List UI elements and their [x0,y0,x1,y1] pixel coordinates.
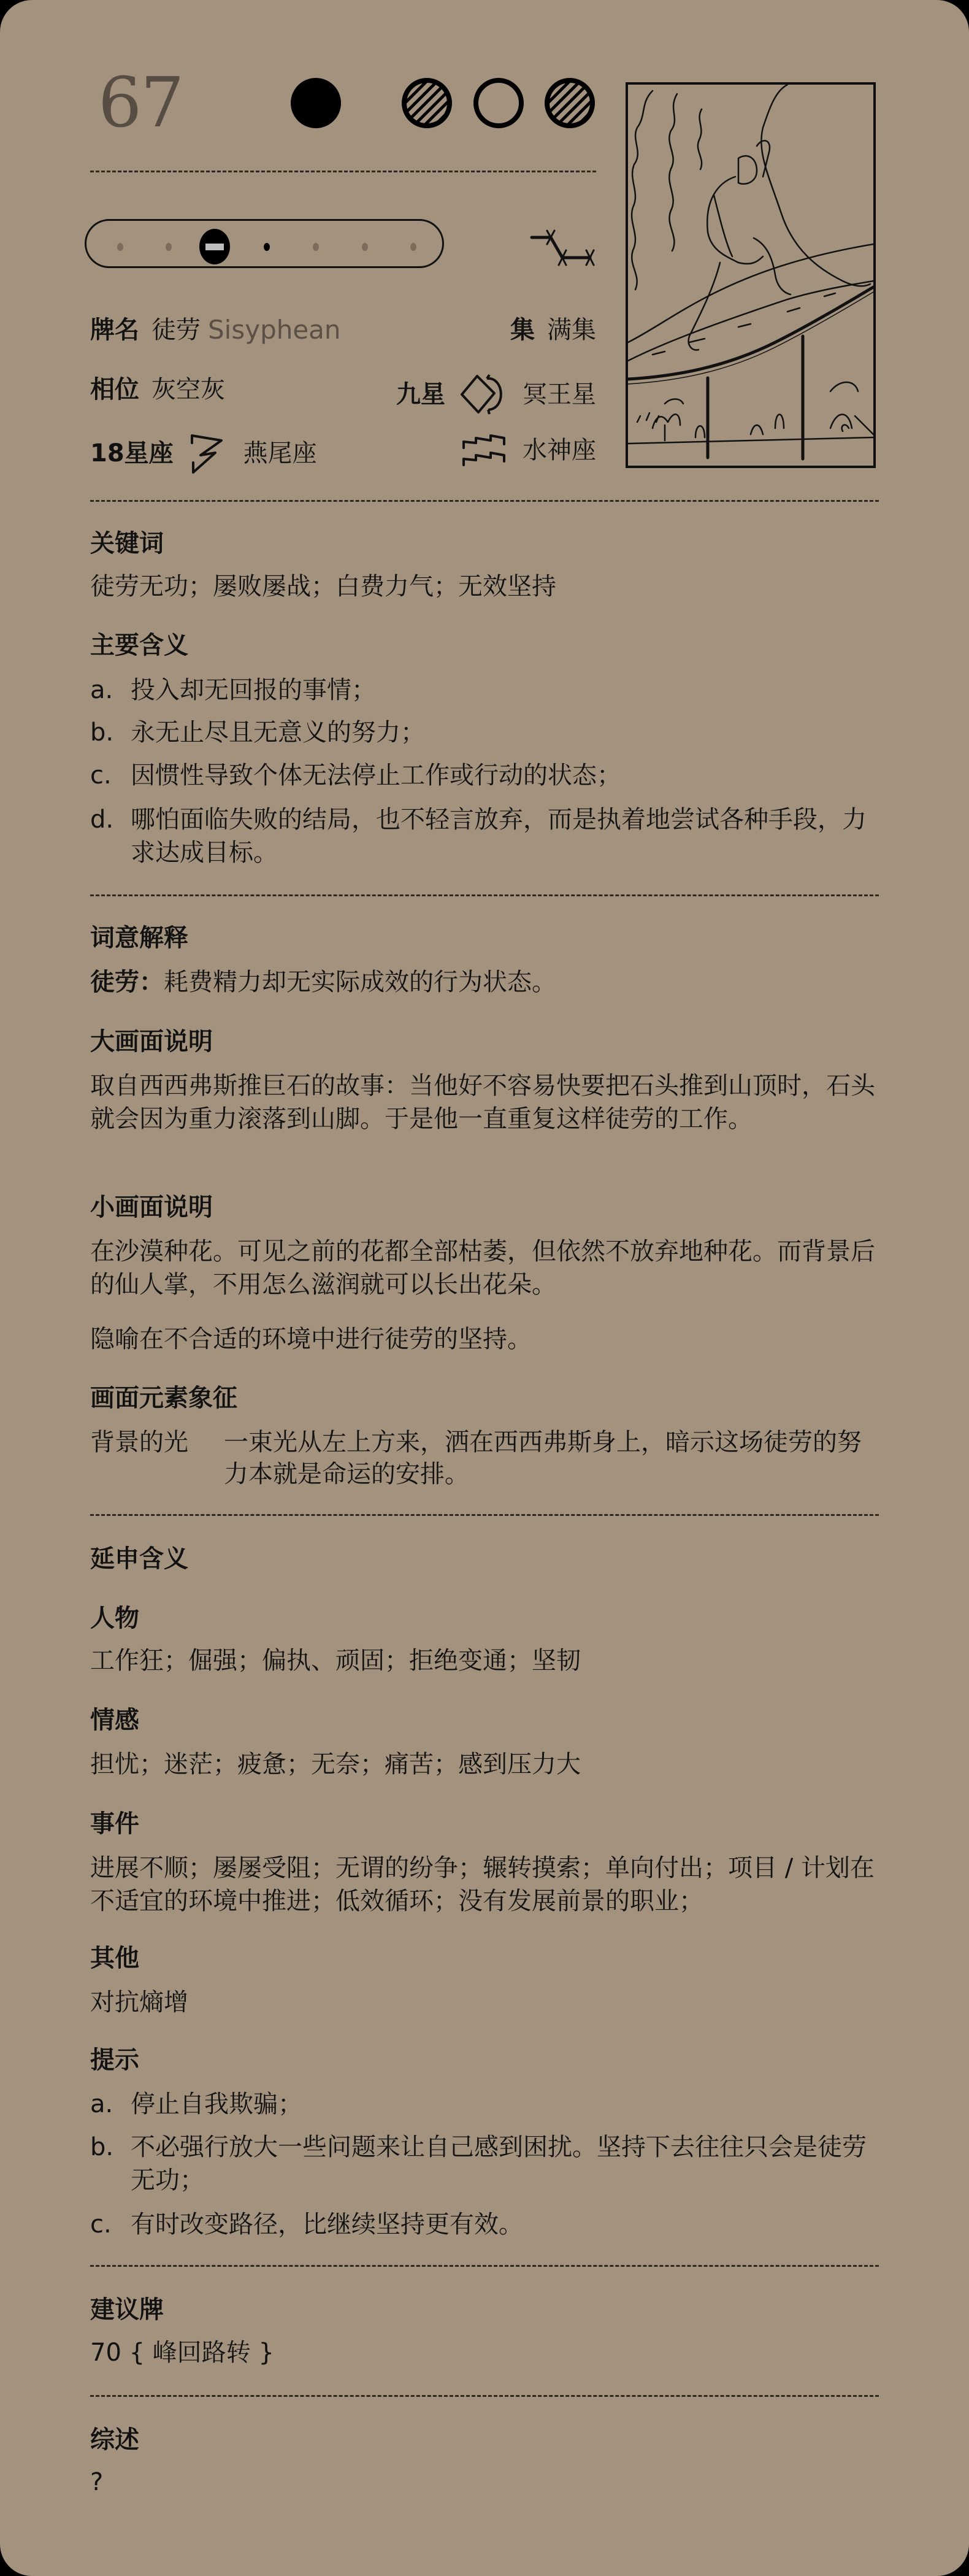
slider-dot-emphasized[interactable] [264,243,270,251]
card-name-row: 牌名 徒劳 Sisyphean [90,313,341,347]
list-text: 有时改变路径，比继续坚持更有效。 [131,2208,881,2241]
term-definition: 耗费精力却无实际成效的行为状态。 [164,968,556,996]
phase-slider[interactable] [85,219,444,268]
divider [90,1514,879,1516]
list-text: 因惯性导致个体无法停止工作或行动的状态； [131,759,881,792]
set-value: 满集 [547,313,596,347]
slider-dot[interactable] [166,243,172,251]
other-text: 对抗熵增 [90,1986,881,2019]
minus-icon [205,244,224,250]
main-meaning-item: d. 哪怕面临失败的结局，也不轻言放弃，而是执着地尝试各种手段，力求达成目标。 [90,803,881,869]
list-marker: c. [90,759,131,792]
swallowtail-icon [190,432,228,475]
zodiac-row: 18星座 燕尾座 [90,432,317,475]
symbol-row: 背景的光 一束光从左上方来，洒在西西弗斯身上，暗示这场徒劳的努力本就是命运的安排… [90,1426,881,1490]
divider [90,500,879,502]
list-text: 投入却无回报的事情； [131,674,881,707]
hatched-moon-icon [402,78,452,128]
emotion-text: 担忧；迷茫；疲惫；无奈；痛苦；感到压力大 [90,1748,881,1781]
zodiac-value: 燕尾座 [243,437,317,470]
zodiac2-value: 水神座 [523,434,596,467]
empty-moon-icon [473,78,524,128]
set-row: 集 满集 [510,313,596,347]
list-text: 永无止尽且无意义的努力； [131,716,881,749]
slider-dot[interactable] [313,243,319,251]
hatched-moon-icon [545,78,595,128]
symbol-element: 背景的光 [90,1426,224,1490]
nine-star-label: 九星 [396,378,445,411]
small-picture-text: 在沙漠种花。可见之前的花都全部枯萎，但依然不放弃地种花。而背景后的仙人掌，不用怎… [90,1235,881,1301]
list-marker: b. [90,2131,131,2197]
slider-dot[interactable] [117,243,123,251]
summary-title: 综述 [90,2423,139,2456]
card-name-cn: 徒劳 [151,313,201,347]
set-label: 集 [510,313,535,347]
card-detail-page: 67 牌名 徒劳 Sisyphean 集 满集 [0,0,969,2576]
card-name-en: Sisyphean [208,313,341,347]
pluto-diamond-icon [459,373,509,416]
zodiac-label: 18星座 [90,437,174,470]
tip-item: a. 停止自我欺骗； [90,2088,881,2121]
slider-dot[interactable] [362,243,368,251]
list-text: 不必强行放大一些问题来让自己感到困扰。坚持下去往往只会是徒劳无功； [131,2131,881,2197]
list-marker: a. [90,2088,131,2121]
list-text: 哪怕面临失败的结局，也不轻言放弃，而是执着地尝试各种手段，力求达成目标。 [131,803,881,869]
main-meaning-item: c. 因惯性导致个体无法停止工作或行动的状态； [90,759,881,792]
main-meaning-item: b. 永无止尽且无意义的努力； [90,716,881,749]
phase-row: 相位 灰空灰 [90,373,225,406]
keywords-title: 关键词 [90,527,164,560]
tips-title: 提示 [90,2043,139,2077]
card-name-label: 牌名 [90,313,139,347]
sisyphus-illustration [628,85,873,466]
suggested-card-link[interactable]: 70 { 峰回路转 } [90,2336,881,2369]
divider [90,171,596,172]
list-marker: d. [90,803,131,869]
list-text: 停止自我欺骗； [131,2088,881,2121]
slider-dot[interactable] [410,243,416,251]
event-text: 进展不顺；屡屡受阻；无谓的纷争；辗转摸索；单向付出；项目 / 计划在不适宜的环境… [90,1851,881,1918]
emotion-title: 情感 [90,1704,139,1737]
other-title: 其他 [90,1942,139,1975]
tip-item: c. 有时改变路径，比继续坚持更有效。 [90,2208,881,2241]
card-number: 67 [98,60,183,146]
divider [90,2265,879,2267]
summary-text: ? [90,2466,881,2499]
small-picture-metaphor: 隐喻在不合适的环境中进行徒劳的坚持。 [90,1323,881,1356]
new-moon-filled-icon [291,78,341,128]
card-illustration [626,82,876,468]
term-label: 徒劳： [90,968,164,996]
divider [90,2395,879,2397]
tip-item: b. 不必强行放大一些问题来让自己感到困扰。坚持下去往往只会是徒劳无功； [90,2131,881,2197]
constellation-icon [529,227,596,270]
aquarius-icon [461,432,507,469]
main-meaning-item: a. 投入却无回报的事情； [90,674,881,707]
event-title: 事件 [90,1807,139,1840]
main-meaning-title: 主要含义 [90,629,188,662]
list-marker: a. [90,674,131,707]
slider-knob[interactable] [199,229,230,264]
big-picture-text: 取自西西弗斯推巨石的故事：当他好不容易快要把石头推到山顶时，石头就会因为重力滚落… [90,1069,881,1136]
big-picture-title: 大画面说明 [90,1025,213,1058]
person-title: 人物 [90,1602,139,1635]
list-marker: c. [90,2208,131,2241]
list-marker: b. [90,716,131,749]
word-meaning-title: 词意解释 [90,921,188,955]
zodiac2-row: 水神座 [461,432,596,469]
phase-label: 相位 [90,373,139,406]
divider [90,894,879,896]
nine-star-value: 冥王星 [523,378,596,411]
nine-star-row: 九星 冥王星 [396,373,596,416]
small-picture-title: 小画面说明 [90,1191,213,1224]
word-meaning-text: 徒劳：耗费精力却无实际成效的行为状态。 [90,966,881,999]
symbol-meaning: 一束光从左上方来，洒在西西弗斯身上，暗示这场徒劳的努力本就是命运的安排。 [224,1426,881,1490]
suggested-title: 建议牌 [90,2293,164,2326]
person-text: 工作狂；倔强；偏执、顽固；拒绝变通；坚韧 [90,1644,881,1677]
extended-title: 延申含义 [90,1542,188,1575]
phase-value: 灰空灰 [151,373,225,406]
symbols-title: 画面元素象征 [90,1382,237,1415]
keywords-text: 徒劳无功；屡败屡战；白费力气；无效坚持 [90,570,881,603]
